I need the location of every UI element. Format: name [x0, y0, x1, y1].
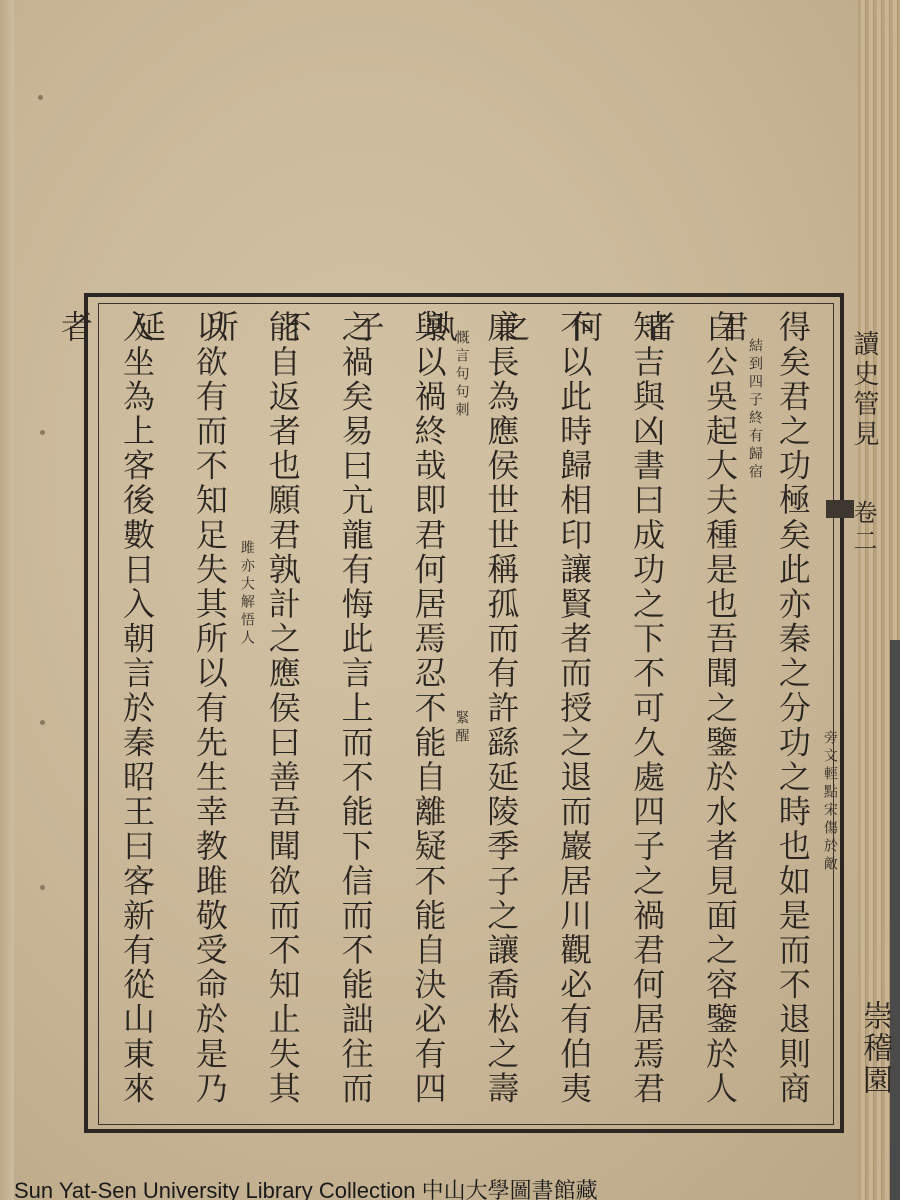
text-column: 與以禍終哉即君何居焉忍不能自離疑不能自決必有四子 慨言句句刺 緊醒	[396, 310, 460, 1118]
publisher-studio: 崇稽園	[852, 1000, 896, 1096]
collection-watermark: Sun Yat-Sen University Library Collectio…	[14, 1174, 598, 1200]
marginal-note: 雎亦大解悟人	[239, 540, 255, 648]
text-column: 之禍矣易曰亢龍有悔此言上而不能下信而不能詘往而不	[323, 310, 387, 1118]
text-column: 入坐為上客後數日入朝言於秦昭王曰客新有從山東來者	[104, 310, 168, 1118]
text-columns: 得矣君之功極矣此亦秦之分功之時也如是而不退則商君 旁文輕點宋傷於敵 白公吳起大夫…	[104, 310, 824, 1118]
text-column: 能自返者也願君孰計之應侯曰善吾聞欲而不知止失其所	[250, 310, 314, 1118]
text-column: 不以此時歸相印讓賢者而授之退而巖居川觀必有伯夷之	[541, 310, 605, 1118]
binding-hole	[40, 885, 45, 890]
book-page: 讀史管見 卷二 崇稽園 得矣君之功極矣此亦秦之分功之時也如是而不退則商君 旁文輕…	[0, 0, 900, 1200]
marginal-note: 旁文輕點宋傷於敵	[822, 730, 838, 874]
binding-edge	[0, 0, 14, 1200]
text-column: 得矣君之功極矣此亦秦之分功之時也如是而不退則商君 旁文輕點宋傷於敵	[760, 310, 824, 1118]
marginal-note: 結到四子終有歸宿	[747, 338, 763, 482]
marginal-note: 慨言句句刺	[454, 330, 470, 420]
text-column: 知吉與凶書曰成功之下不可久處四子之禍君何居焉君何	[614, 310, 678, 1118]
text-column: 以欲有而不知足失其所以有先生幸教雎敬受命於是乃延 雎亦大解悟人	[177, 310, 241, 1118]
text-column: 廉長為應侯世世稱孤而有許繇延陵季子之讓喬松之壽孰	[468, 310, 532, 1118]
binding-hole	[38, 95, 43, 100]
page-shadow	[890, 640, 900, 1200]
binding-hole	[40, 720, 45, 725]
binding-hole	[40, 430, 45, 435]
volume-label: 卷二	[846, 500, 881, 556]
marginal-note: 緊醒	[454, 710, 470, 746]
book-title: 讀史管見	[846, 330, 883, 450]
column-text: 入坐為上客後數日入朝言於秦昭王曰客新有從山東來者	[56, 310, 156, 1106]
text-column: 白公吳起大夫種是也吾聞之鑒於水者見面之容鑒於人者 結到四子終有歸宿	[687, 310, 751, 1118]
